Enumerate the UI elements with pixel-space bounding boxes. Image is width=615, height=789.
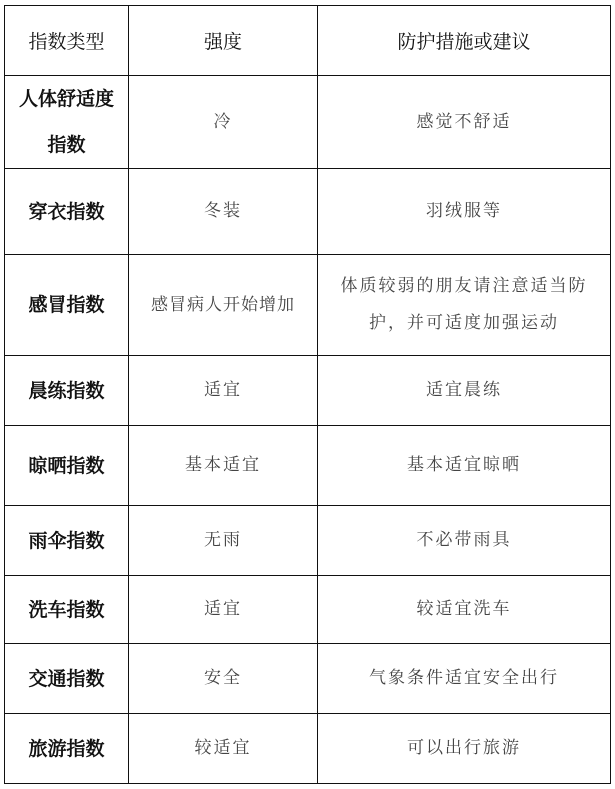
table-row: 感冒指数 感冒病人开始增加 体质较弱的朋友请注意适当防护，并可适度加强运动 — [5, 255, 611, 356]
advice-cell: 气象条件适宜安全出行 — [318, 644, 611, 714]
index-type-cell: 洗车指数 — [5, 576, 129, 644]
index-type-cell: 人体舒适度指数 — [5, 76, 129, 169]
index-type-cell: 雨伞指数 — [5, 506, 129, 576]
advice-cell: 可以出行旅游 — [318, 714, 611, 784]
table-row: 雨伞指数 无雨 不必带雨具 — [5, 506, 611, 576]
advice-cell: 基本适宜晾晒 — [318, 426, 611, 506]
table-row: 晨练指数 适宜 适宜晨练 — [5, 356, 611, 426]
index-type-cell: 晾晒指数 — [5, 426, 129, 506]
header-intensity: 强度 — [129, 6, 318, 76]
table-row: 旅游指数 较适宜 可以出行旅游 — [5, 714, 611, 784]
intensity-cell: 适宜 — [129, 576, 318, 644]
table-row: 穿衣指数 冬装 羽绒服等 — [5, 169, 611, 255]
intensity-cell: 安全 — [129, 644, 318, 714]
index-type-cell: 感冒指数 — [5, 255, 129, 356]
intensity-cell: 基本适宜 — [129, 426, 318, 506]
advice-cell: 较适宜洗车 — [318, 576, 611, 644]
intensity-cell: 无雨 — [129, 506, 318, 576]
index-type-cell: 旅游指数 — [5, 714, 129, 784]
index-type-cell: 穿衣指数 — [5, 169, 129, 255]
weather-index-table: 指数类型 强度 防护措施或建议 人体舒适度指数 冷 感觉不舒适 穿衣指数 冬装 … — [4, 5, 611, 784]
header-row: 指数类型 强度 防护措施或建议 — [5, 6, 611, 76]
index-type-cell: 交通指数 — [5, 644, 129, 714]
intensity-cell: 冬装 — [129, 169, 318, 255]
intensity-cell: 适宜 — [129, 356, 318, 426]
advice-cell: 感觉不舒适 — [318, 76, 611, 169]
index-type-cell: 晨练指数 — [5, 356, 129, 426]
advice-cell: 适宜晨练 — [318, 356, 611, 426]
table-row: 人体舒适度指数 冷 感觉不舒适 — [5, 76, 611, 169]
table-row: 洗车指数 适宜 较适宜洗车 — [5, 576, 611, 644]
header-index-type: 指数类型 — [5, 6, 129, 76]
table-row: 交通指数 安全 气象条件适宜安全出行 — [5, 644, 611, 714]
intensity-cell: 冷 — [129, 76, 318, 169]
advice-cell: 体质较弱的朋友请注意适当防护，并可适度加强运动 — [318, 255, 611, 356]
advice-cell: 羽绒服等 — [318, 169, 611, 255]
intensity-cell: 较适宜 — [129, 714, 318, 784]
advice-cell: 不必带雨具 — [318, 506, 611, 576]
table-row: 晾晒指数 基本适宜 基本适宜晾晒 — [5, 426, 611, 506]
intensity-cell: 感冒病人开始增加 — [129, 255, 318, 356]
header-advice: 防护措施或建议 — [318, 6, 611, 76]
